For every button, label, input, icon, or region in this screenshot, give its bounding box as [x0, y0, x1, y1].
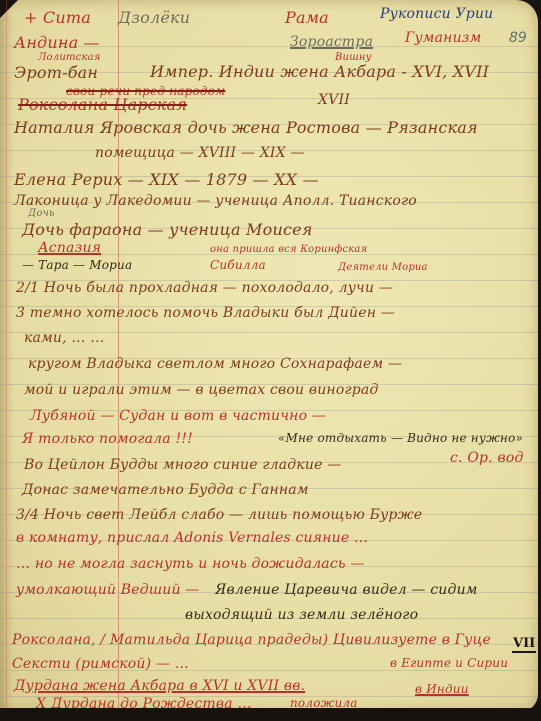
handwritten-line: Андина —: [14, 33, 100, 52]
handwritten-line: умолкающий Ведший —: [16, 582, 200, 598]
handwritten-line: Я только помогала !!!: [22, 431, 193, 447]
handwritten-line: с. Ор. вод: [450, 450, 524, 466]
handwritten-line: Эрот-бан: [14, 63, 98, 82]
scan-background: [0, 708, 541, 721]
handwritten-line: помещица — XVIII — XIX —: [95, 145, 305, 161]
handwritten-line: Наталия Яровская дочь жена Ростова — Ряз…: [14, 118, 478, 137]
handwritten-line: Сексти (римской) — …: [12, 656, 189, 672]
handwritten-line: в Египте и Сирии: [390, 656, 508, 670]
handwritten-line: Рукописи Урии: [380, 6, 493, 22]
handwritten-line: 2/1 Ночь была прохладная — похолодало, л…: [16, 280, 393, 296]
notebook-page: 89 + Сита Дзолёки Рама Рукописи Урии Анд…: [0, 0, 538, 712]
handwritten-line: 3 темно хотелось помочь Владыки был Дийе…: [16, 305, 395, 321]
handwritten-line: Донас замечательно Будда с Ганнам: [22, 482, 309, 498]
handwritten-line: Во Цейлон Будды много синие гладкие —: [24, 457, 341, 473]
handwritten-line: Аспазия: [38, 240, 101, 256]
handwritten-line: в комнату, прислал Adonis Vernales сияни…: [16, 530, 368, 546]
handwritten-line: выходящий из земли зелёного: [185, 607, 418, 623]
handwritten-line: Роксолана Царская: [18, 95, 187, 114]
handwritten-line: Импер. Индии жена Акбара - XVI, XVII: [150, 62, 489, 81]
handwritten-line: Дзолёки: [118, 8, 190, 27]
handwritten-line: Рама: [285, 8, 329, 27]
handwritten-line: Лолитская: [38, 52, 101, 63]
handwritten-line: Лаконица у Лакедомии — ученица Аполл. Ти…: [14, 193, 417, 209]
handwritten-line: ками, … …: [24, 330, 104, 346]
section-marker: VII: [512, 636, 536, 653]
handwritten-line: Деятели Мориа: [338, 262, 428, 273]
handwritten-line: Дочь фараона — ученица Моисея: [22, 220, 313, 239]
page-number: 89: [509, 30, 527, 46]
handwritten-line: + Сита: [24, 8, 91, 27]
handwritten-line: Зороастра: [290, 34, 373, 50]
handwritten-line: мой и играли этим — в цветах свои виногр…: [24, 382, 379, 398]
handwritten-line: Елена Рерих — XIX — 1879 — XX —: [14, 170, 319, 189]
handwritten-line: Явление Царевича видел — сидим: [215, 582, 478, 598]
handwritten-line: Роксолана, / Матильда Царица прадеды) Ци…: [12, 632, 491, 648]
handwritten-line: Сибилла: [210, 258, 266, 272]
handwritten-line: Дочь: [28, 208, 55, 219]
handwritten-line: в Индии: [415, 682, 469, 696]
page-corner: [0, 0, 18, 18]
handwritten-line: — Тара — Мориа: [22, 258, 132, 272]
handwritten-line: Гуманизм: [405, 30, 481, 46]
handwritten-line: «Мне отдыхать — Видно не нужно»: [278, 431, 523, 445]
handwritten-line: Дурдана жена Акбара в XVI и XVII вв.: [14, 678, 305, 694]
handwritten-line: … но не могла заснуть и ночь дожидалась …: [16, 556, 365, 572]
handwritten-line: 3/4 Ночь свет Лейбл слабо — лишь помощью…: [16, 507, 422, 523]
handwritten-line: кругом Владыка светлом много Сохнарафаем…: [28, 356, 402, 372]
left-margin-rule: [6, 0, 7, 712]
handwritten-line: XVII: [318, 92, 350, 108]
handwritten-line: Лубяной — Судан и вот в частично —: [30, 408, 326, 424]
handwritten-line: она пришла вся Коринфская: [210, 244, 367, 255]
